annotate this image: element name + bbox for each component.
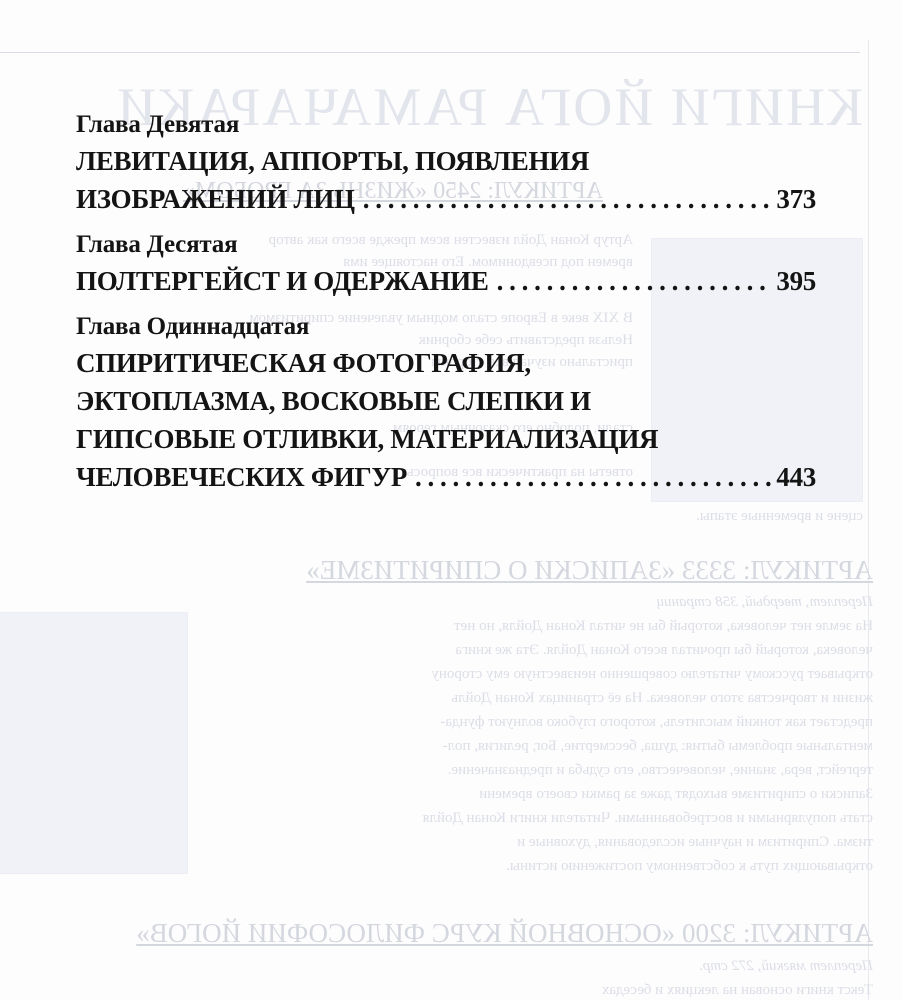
bleed-line: стать популярными и востребованными. Чит… <box>423 810 873 827</box>
bleed-line: На земле нет человека, который бы не чит… <box>454 618 873 635</box>
scan-top-rule <box>0 52 860 53</box>
bleed-article-title: АРТИКУЛ: 3333 «ЗАПИСКИ О СПИРИТИЗМЕ» <box>306 555 873 586</box>
bleed-line: жизни и творчества этого человека. На её… <box>451 690 873 707</box>
toc-entry: Глава Одиннадцатая СПИРИТИЧЕСКАЯ ФОТОГРА… <box>76 310 816 496</box>
dot-leader <box>497 262 773 300</box>
chapter-title-line: ЭКТОПЛАЗМА, ВОСКОВЫЕ СЛЕПКИ И <box>76 382 816 420</box>
chapter-label: Глава Девятая <box>76 108 816 142</box>
chapter-title-text: ИЗОБРАЖЕНИЙ ЛИЦ <box>76 180 355 218</box>
dot-leader <box>415 458 772 496</box>
bleed-image-box <box>0 612 188 874</box>
chapter-title-line: ГИПСОВЫЕ ОТЛИВКИ, МАТЕРИАЛИЗАЦИЯ <box>76 420 816 458</box>
bleed-line: предстает как тонкий мыслитель, которого… <box>440 714 873 731</box>
bleed-line: Записки о спиритизме выходят даже за рам… <box>479 786 873 803</box>
toc-entry: Глава Девятая ЛЕВИТАЦИЯ, АППОРТЫ, ПОЯВЛЕ… <box>76 108 816 218</box>
bleed-article-meta: Переплет мягкий, 272 стр. <box>699 958 873 975</box>
bleed-line: Текст книги основан на лекциях и беседах <box>602 982 873 999</box>
chapter-title-last-line: ЧЕЛОВЕЧЕСКИХ ФИГУР 443 <box>76 458 816 496</box>
chapter-title-text: ЧЕЛОВЕЧЕСКИХ ФИГУР <box>76 458 407 496</box>
table-of-contents: Глава Девятая ЛЕВИТАЦИЯ, АППОРТЫ, ПОЯВЛЕ… <box>76 108 816 496</box>
chapter-title-line: СПИРИТИЧЕСКАЯ ФОТОГРАФИЯ, <box>76 344 816 382</box>
bleed-article-meta: Переплет, твердый, 358 страниц <box>657 594 873 611</box>
bleed-line: сцене и временные этапы. <box>696 508 863 525</box>
bleed-line: открывающих путь к собственному постижен… <box>506 858 873 875</box>
chapter-title-last-line: ПОЛТЕРГЕЙСТ И ОДЕРЖАНИЕ 395 <box>76 262 816 300</box>
chapter-title-text: ПОЛТЕРГЕЙСТ И ОДЕРЖАНИЕ <box>76 262 489 300</box>
toc-entry: Глава Десятая ПОЛТЕРГЕЙСТ И ОДЕРЖАНИЕ 39… <box>76 228 816 300</box>
dot-leader <box>363 180 773 218</box>
bleed-article-title: АРТИКУЛ: 3200 «ОСНОВНОЙ КУРС ФИЛОСОФИИ Й… <box>136 918 873 949</box>
chapter-title-line: ЛЕВИТАЦИЯ, АППОРТЫ, ПОЯВЛЕНИЯ <box>76 142 816 180</box>
page-number: 443 <box>776 458 816 496</box>
scan-right-edge <box>868 40 869 1000</box>
bleed-line: тизма. Спиритизм и научные исследования,… <box>517 834 873 851</box>
bleed-line: открывает русскому читателю совершенно н… <box>431 666 873 683</box>
bleed-line: человека, который бы прочитал всего Кона… <box>455 642 873 659</box>
chapter-label: Глава Одиннадцатая <box>76 310 816 344</box>
book-page-scan: КНИГИ ЙОГА РАМАЧАРАКИ АРТИКУЛ: 2450 «ЖИЗ… <box>0 0 903 1000</box>
page-number: 373 <box>776 180 816 218</box>
chapter-title-last-line: ИЗОБРАЖЕНИЙ ЛИЦ 373 <box>76 180 816 218</box>
page-number: 395 <box>776 262 816 300</box>
chapter-label: Глава Десятая <box>76 228 816 262</box>
bleed-line: ментальные проблемы бытия: душа, бессмер… <box>443 738 873 755</box>
bleed-line: тергейст, вера, знание, человечество, ег… <box>448 762 873 779</box>
